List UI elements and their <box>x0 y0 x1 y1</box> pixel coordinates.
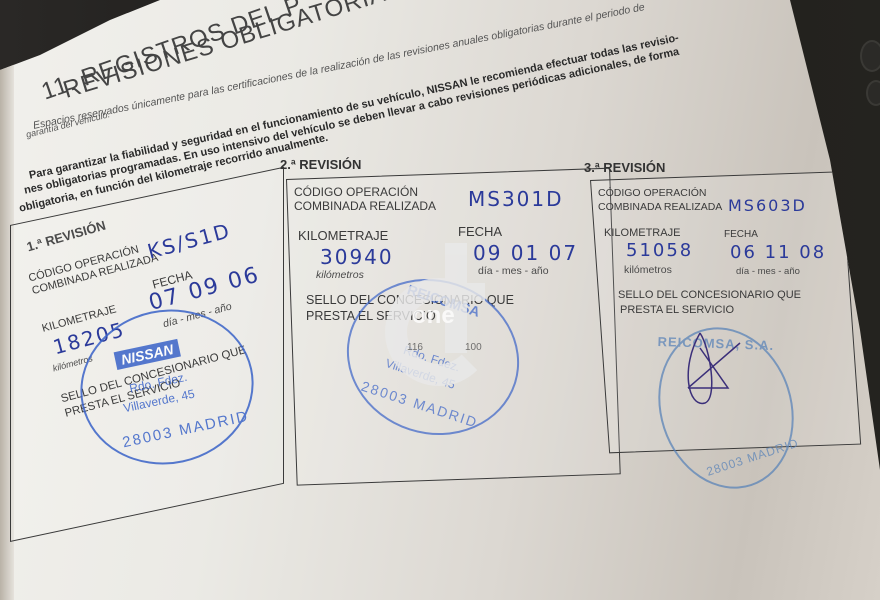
car-interior-knob <box>866 80 880 106</box>
revision-3-date-value: 06 11 08 <box>730 242 826 263</box>
cf-one-watermark: one 116 100 <box>385 238 505 363</box>
watermark-number-left: 116 <box>407 342 423 353</box>
codigo-label-2: COMBINADA REALIZADA <box>598 200 722 214</box>
manual-page: 11. REGISTROS DEL P REVISIONES OBLIGATOR… <box>0 0 880 600</box>
codigo-label-2: COMBINADA REALIZADA <box>294 199 436 213</box>
revision-3-codigo-value: MS603D <box>728 196 807 215</box>
watermark-text: one <box>412 302 455 330</box>
kilometraje-label: KILOMETRAJE <box>604 226 680 240</box>
revision-2-heading: 2.ª REVISIÓN <box>280 157 361 172</box>
codigo-label: CÓDIGO OPERACIÓN <box>294 185 418 199</box>
nissan-logo: NISSAN <box>114 339 181 370</box>
codigo-label: CÓDIGO OPERACIÓN <box>598 186 707 200</box>
revision-2-km-value: 30940 <box>320 245 394 269</box>
km-unit: kilómetros <box>316 269 364 281</box>
revision-box-3: 3.ª REVISIÓN CÓDIGO OPERACIÓN COMBINADA … <box>582 158 862 488</box>
date-format: día - mes - año <box>736 266 800 277</box>
car-interior-knob <box>860 40 880 72</box>
watermark-number-right: 100 <box>465 342 482 353</box>
revision-box-1: 1.ª REVISIÓN CÓDIGO OPERACIÓN COMBINADA … <box>5 180 295 540</box>
sello-label: SELLO DEL CONCESIONARIO QUE <box>618 288 801 302</box>
km-unit: kilómetros <box>624 264 672 276</box>
fecha-label: FECHA <box>458 225 502 239</box>
kilometraje-label: KILOMETRAJE <box>298 229 388 243</box>
revision-3-heading: 3.ª REVISIÓN <box>584 160 665 175</box>
revision-2-codigo-value: MS301D <box>468 187 564 211</box>
revision-3-km-value: 51058 <box>626 240 693 261</box>
signature <box>670 328 760 418</box>
sello-label-2: PRESTA EL SERVICIO <box>620 303 734 317</box>
fecha-label: FECHA <box>724 228 758 242</box>
